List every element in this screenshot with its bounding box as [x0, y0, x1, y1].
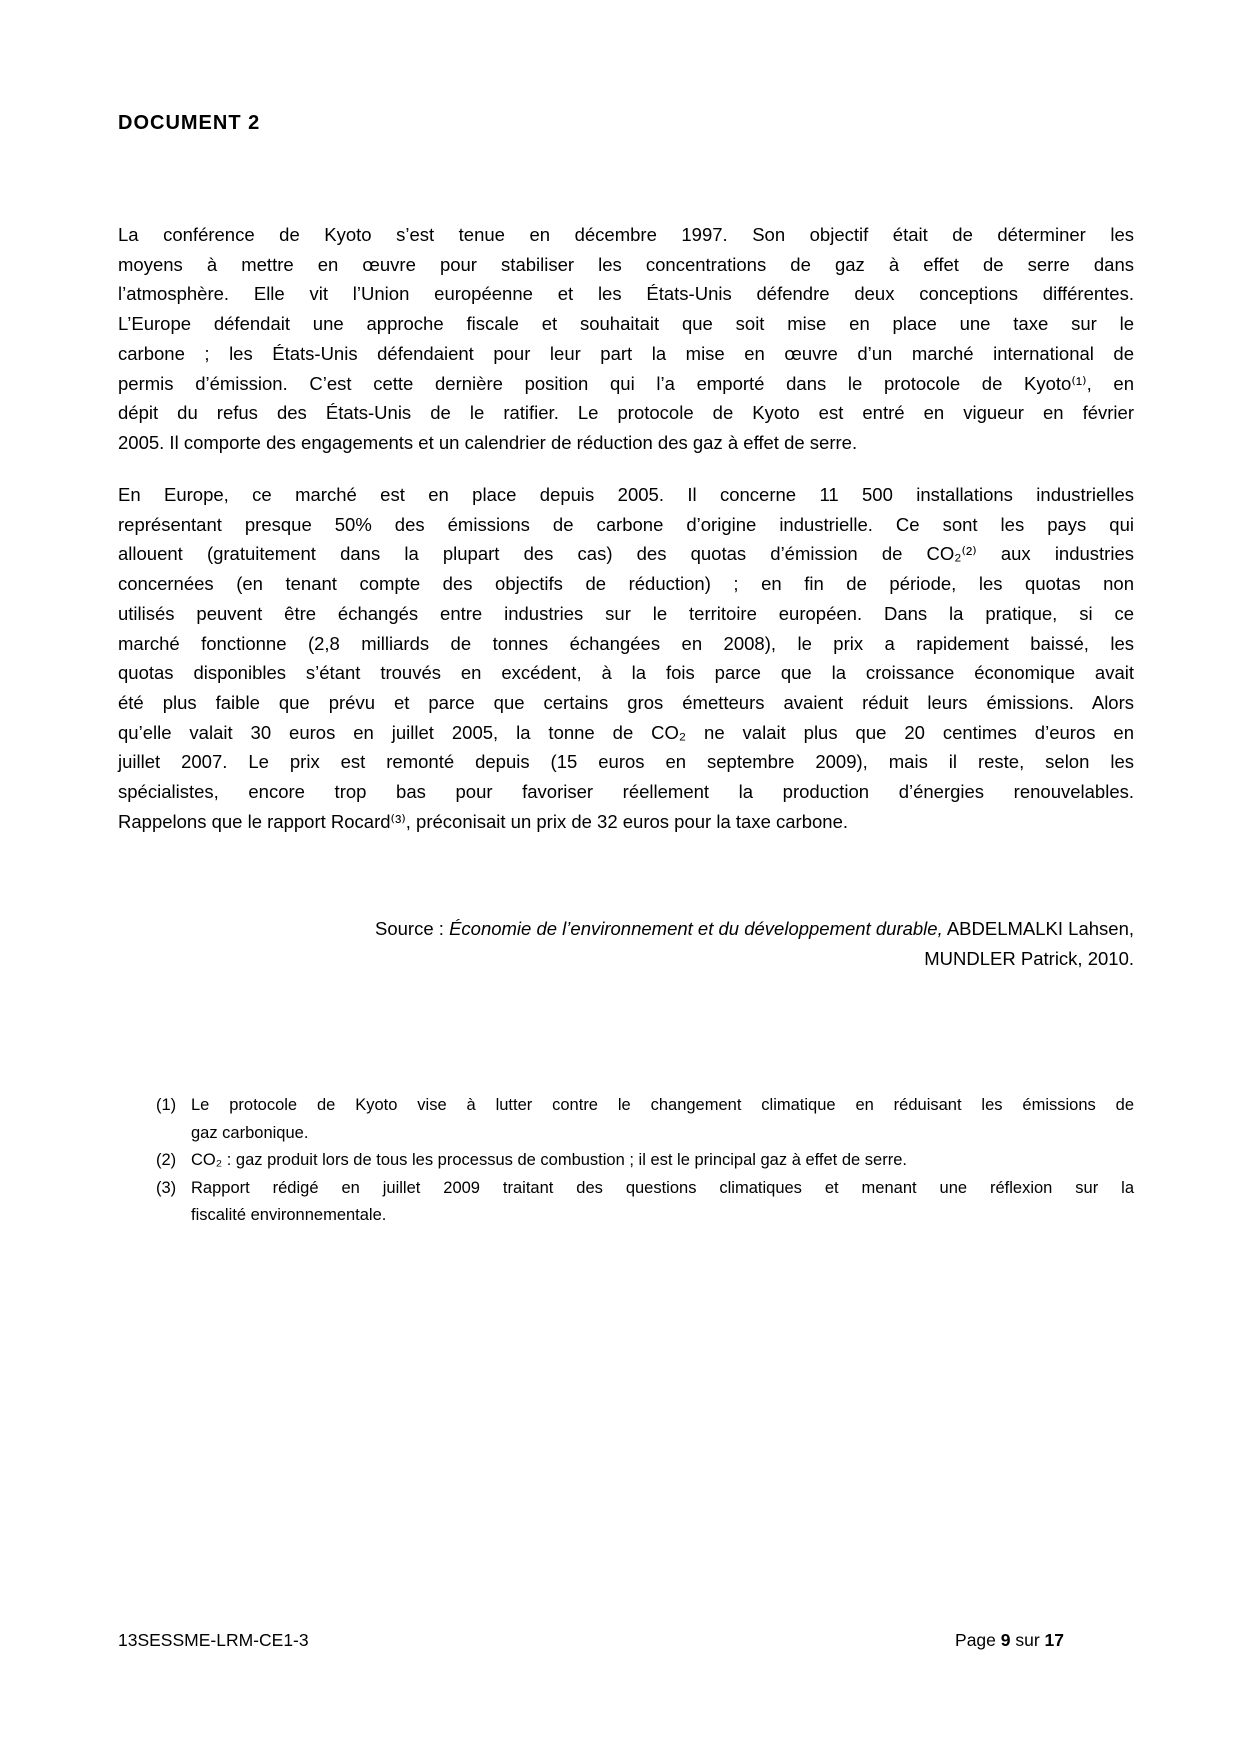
total-pages: 17 [1045, 1630, 1064, 1650]
page-footer: 13SESSME-LRM-CE1-3 Page 9 sur 17 [118, 1630, 1064, 1651]
source-line-1: Source : Économie de l’environnement et … [118, 914, 1134, 944]
page-indicator: Page 9 sur 17 [955, 1630, 1064, 1651]
footnote-2: (2) CO₂ : gaz produit lors de tous les p… [156, 1147, 1134, 1175]
document-reference: 13SESSME-LRM-CE1-3 [118, 1630, 309, 1651]
document-heading: DOCUMENT 2 [118, 112, 260, 135]
source-prefix: Source : [375, 918, 449, 939]
footnote-3: (3) Rapport rédigé en juillet 2009 trait… [156, 1175, 1134, 1230]
page-label: Page [955, 1630, 1001, 1650]
footnote-2-label: (2) [156, 1147, 176, 1175]
paragraph-kyoto-conference: La conférence de Kyoto s’est tenue en dé… [118, 220, 1134, 458]
footnote-3-text: Rapport rédigé en juillet 2009 traitant … [191, 1175, 1134, 1230]
source-citation: Source : Économie de l’environnement et … [118, 914, 1134, 974]
footnote-1-label: (1) [156, 1092, 176, 1120]
footnotes-section: (1) Le protocole de Kyoto vise à lutter … [156, 1092, 1134, 1230]
source-authors: ABDELMALKI Lahsen, [943, 918, 1134, 939]
sur-label: sur [1010, 1630, 1044, 1650]
source-book-title: Économie de l’environnement et du dévelo… [449, 918, 943, 939]
footnote-1-text: Le protocole de Kyoto vise à lutter cont… [191, 1092, 1134, 1147]
paragraph-carbon-market: En Europe, ce marché est en place depuis… [118, 480, 1134, 836]
footnote-3-label: (3) [156, 1175, 176, 1203]
footnote-1: (1) Le protocole de Kyoto vise à lutter … [156, 1092, 1134, 1147]
footnote-2-text: CO₂ : gaz produit lors de tous les proce… [191, 1147, 1134, 1175]
source-line-2: MUNDLER Patrick, 2010. [118, 944, 1134, 974]
document-page: DOCUMENT 2 La conférence de Kyoto s’est … [0, 0, 1240, 1754]
